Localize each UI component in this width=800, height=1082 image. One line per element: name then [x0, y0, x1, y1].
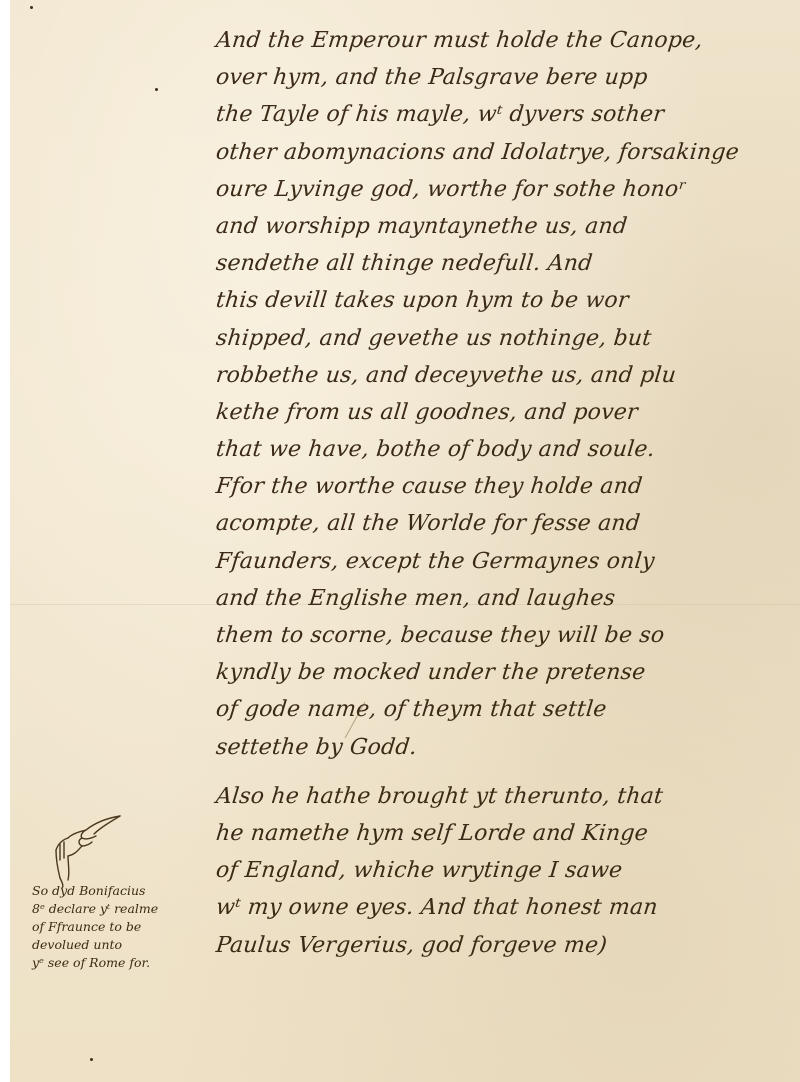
- paper-speck: [155, 88, 158, 91]
- marginal-note: So dyd Bonifacius 8ᵉ declare yᵗ realme o…: [32, 882, 232, 972]
- text-line: and worshipp mayntaynethe us, and: [214, 208, 793, 245]
- note-line: yᵉ see of Rome for.: [32, 954, 232, 972]
- paper-speck: [90, 1058, 93, 1061]
- text-line: wᵗ my owne eyes. And that honest man: [214, 889, 793, 926]
- text-line: oure Lyvinge god, worthe for sothe honoʳ: [214, 171, 793, 208]
- note-line: So dyd Bonifacius: [32, 882, 232, 900]
- text-line: kethe from us all goodnes, and pover: [214, 394, 793, 431]
- text-line: Also he hathe brought yt therunto, that: [214, 778, 793, 815]
- manuscript-page: And the Emperour must holde the Canope, …: [10, 0, 800, 1082]
- text-line: them to scorne, because they will be so: [214, 617, 793, 654]
- text-line: robbethe us, and deceyvethe us, and plu: [214, 357, 793, 394]
- text-line: acompte, all the Worlde for fesse and: [214, 505, 793, 542]
- paragraph-gap: [216, 766, 791, 778]
- text-line: Ffor the worthe cause they holde and: [214, 468, 793, 505]
- text-line: kyndly be mocked under the pretense: [214, 654, 793, 691]
- text-line: And the Emperour must holde the Canope,: [214, 22, 793, 59]
- note-line: of Ffraunce to be: [32, 918, 232, 936]
- note-line: devolued unto: [32, 936, 232, 954]
- text-line: over hym, and the Palsgrave bere upp: [214, 59, 793, 96]
- text-line: that we have, bothe of body and soule.: [214, 431, 793, 468]
- text-line: and the Englishe men, and laughes: [214, 580, 793, 617]
- text-line: of England, whiche wrytinge I sawe: [214, 852, 793, 889]
- pointing-hand-icon: [38, 800, 128, 890]
- text-line: Ffaunders, except the Germaynes only: [214, 543, 793, 580]
- text-line: this devill takes upon hym to be wor: [214, 282, 793, 319]
- text-line: settethe by Godd.: [214, 729, 793, 766]
- text-line: of gode name, of theym that settle: [214, 691, 793, 728]
- text-line: shipped, and gevethe us nothinge, but: [214, 320, 793, 357]
- text-line: sendethe all thinge nedefull. And: [214, 245, 793, 282]
- text-line: the Tayle of his mayle, wᵗ dyvers sother: [214, 96, 793, 133]
- text-line: Paulus Vergerius, god forgeve me): [214, 927, 793, 964]
- text-line: he namethe hym self Lorde and Kinge: [214, 815, 793, 852]
- main-text-block: And the Emperour must holde the Canope, …: [216, 22, 791, 964]
- text-line: other abomynacions and Idolatrye, forsak…: [214, 134, 793, 171]
- paper-speck: [30, 6, 33, 9]
- note-line: 8ᵉ declare yᵗ realme: [32, 900, 232, 918]
